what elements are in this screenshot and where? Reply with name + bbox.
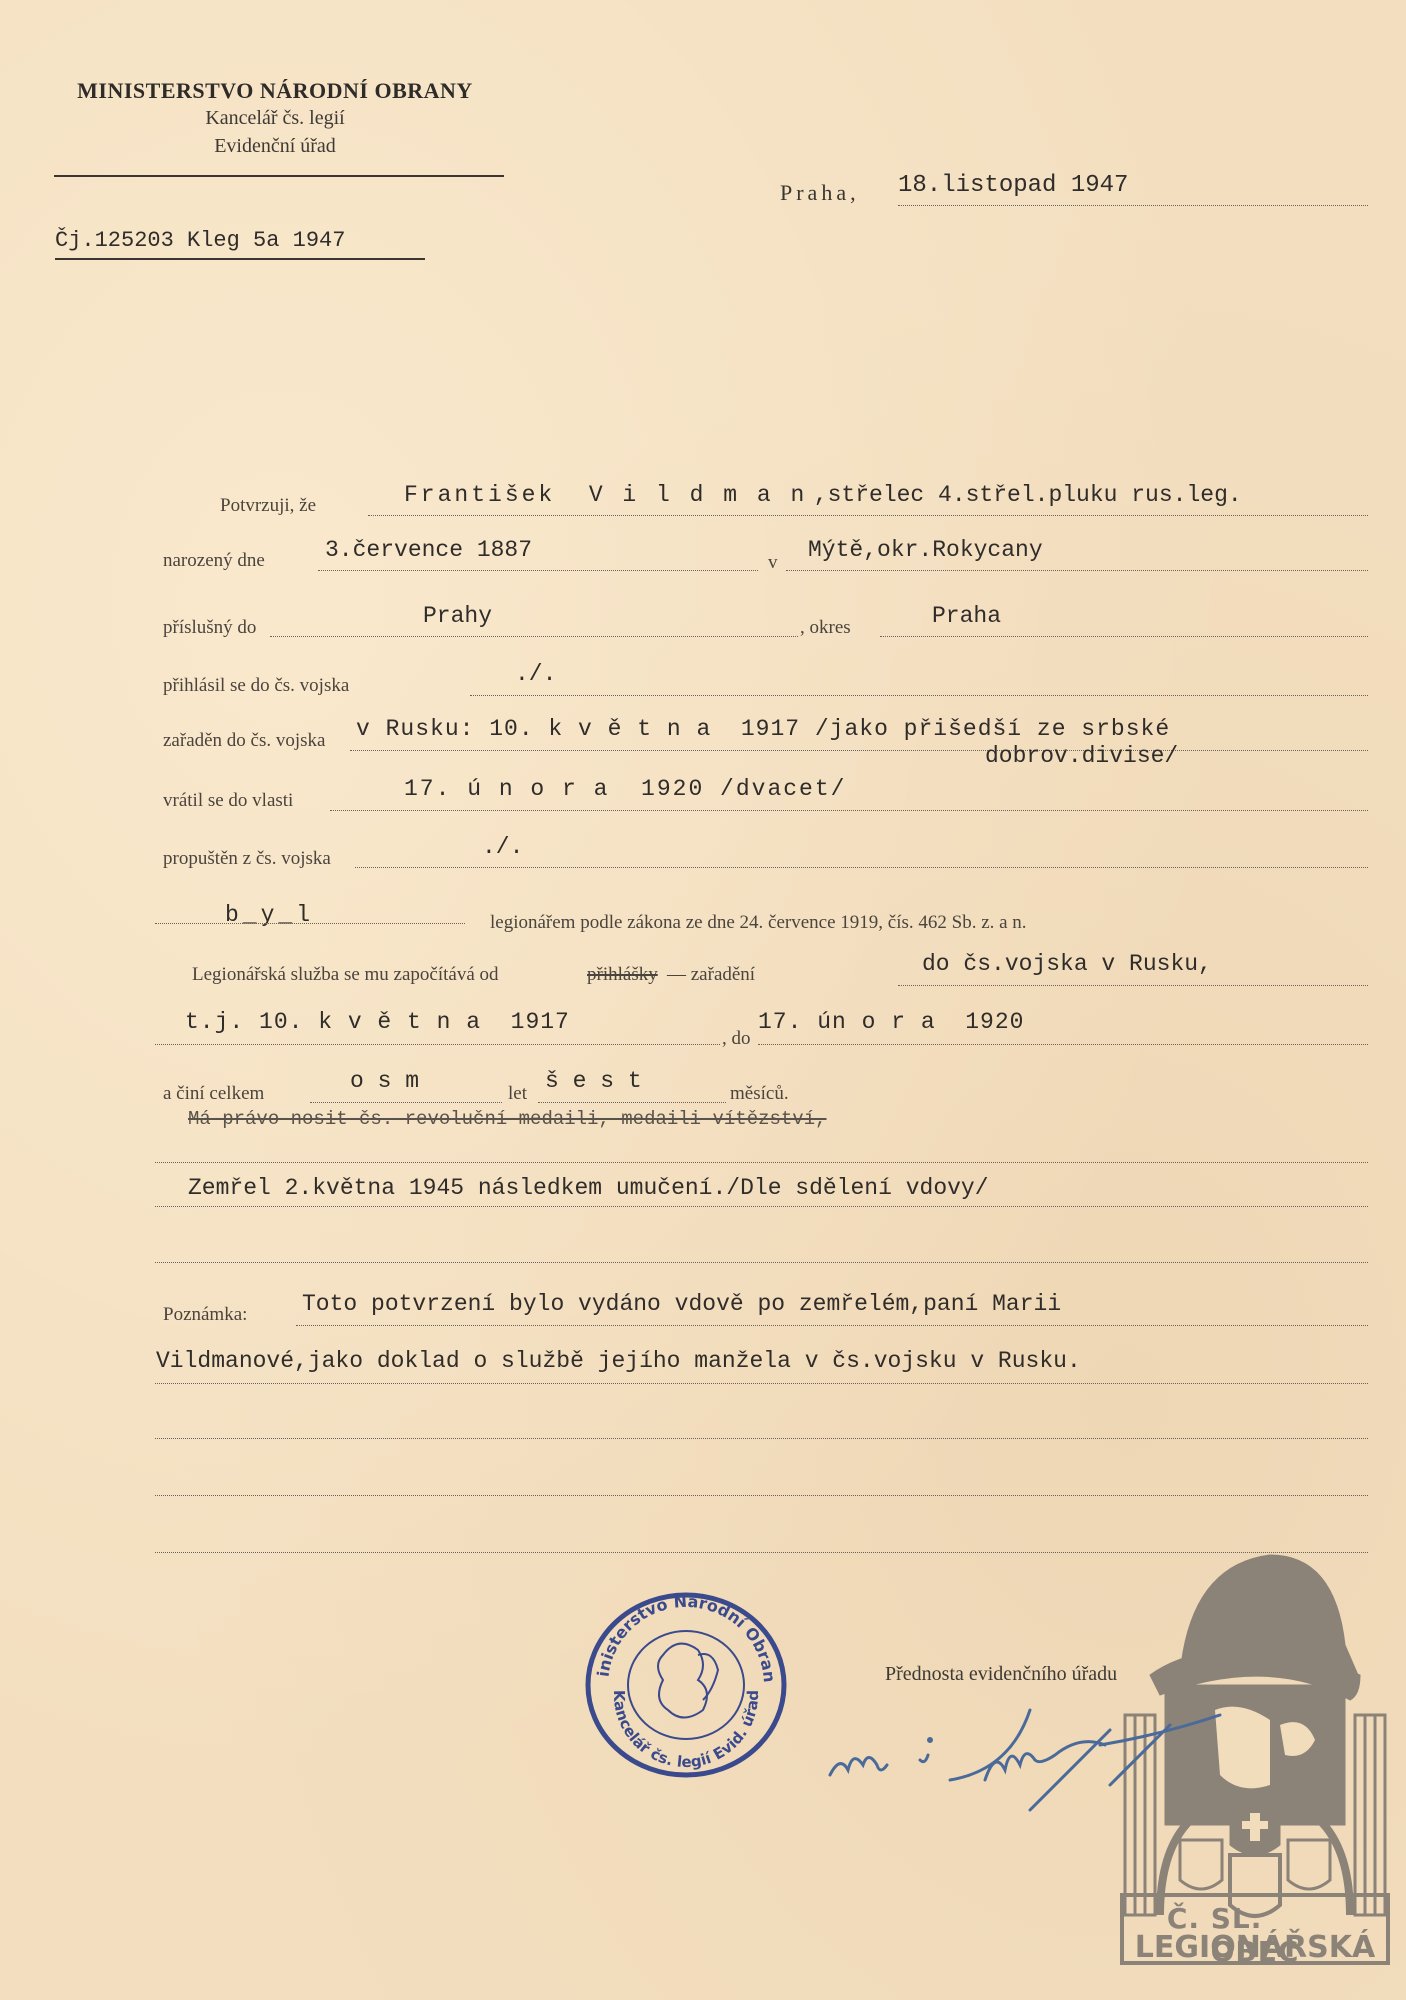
dotted-line: [786, 570, 1368, 571]
domicile-label: příslušný do: [163, 617, 256, 639]
birth-date: 3.července 1887: [325, 537, 532, 563]
department-name: Evidenční úřad: [40, 132, 510, 160]
dotted-line: [758, 1044, 1368, 1045]
place-label: Praha,: [780, 180, 860, 206]
dotted-line: [155, 1495, 1368, 1496]
dotted-line: [270, 636, 798, 637]
domicile-value: Prahy: [423, 603, 492, 629]
issue-date: 18.listopad 1947: [898, 172, 1128, 199]
dotted-line: [330, 810, 1368, 811]
dotted-line: [155, 1162, 1368, 1163]
dotted-line: [538, 1102, 726, 1103]
logo-text-legionarska: LEGIONÁŘSKÁ: [1120, 1930, 1390, 1965]
signatory-title: Přednosta evidenčního úřadu: [885, 1663, 1117, 1686]
discharged-value: ./.: [482, 834, 523, 860]
total-label: a činí celkem: [163, 1083, 264, 1105]
enlisted-value: ./.: [515, 661, 556, 687]
header-divider: [54, 175, 504, 177]
birthplace: Mýtě,okr.Rokycany: [808, 537, 1043, 563]
returned-value: 17. ú n o r a 1920 /dvacet/: [404, 776, 846, 802]
discharged-label: propuštěn z čs. vojska: [163, 848, 331, 870]
date-dotted-line: [898, 205, 1368, 206]
dotted-line: [310, 1102, 502, 1103]
months-label: měsíců.: [730, 1083, 789, 1105]
confirm-label: Potvrzuji, že: [220, 495, 316, 517]
dotted-line: [155, 1262, 1368, 1263]
dotted-line: [880, 636, 1368, 637]
death-note: Zemřel 2.května 1945 následkem umučení./…: [188, 1175, 989, 1201]
dotted-line: [470, 695, 1368, 696]
service-to: 17. ún o r a 1920: [758, 1009, 1024, 1035]
rank-unit: ,střelec 4.střel.pluku rus.leg.: [800, 482, 1242, 508]
dotted-line: [155, 1206, 1368, 1207]
district-value: Praha: [932, 603, 1001, 629]
service-from: t.j. 10. k v ě t n a 1917: [185, 1009, 570, 1035]
note-line-2: Vildmanové,jako doklad o službě jejího m…: [156, 1348, 1081, 1374]
assigned-value: v Rusku: 10. k v ě t n a 1917 /jako přiš…: [356, 716, 1170, 742]
legionnaire-name: František V i l d m a n: [404, 482, 807, 508]
dotted-line: [355, 867, 1368, 868]
reference-number: Čj.125203 Kleg 5a 1947: [55, 228, 345, 253]
service-value: do čs.vojska v Rusku,: [922, 951, 1212, 977]
birthplace-label: v: [768, 552, 778, 574]
dotted-line: [318, 570, 758, 571]
dotted-line: [350, 750, 1368, 751]
assigned-label: zařaděn do čs. vojska: [163, 730, 326, 752]
reference-underline: [55, 258, 425, 260]
official-stamp: Ministerstvo Národní Obrany Kancelář čs.…: [578, 1585, 793, 1780]
assigned-value-continued: dobrov.divise/: [985, 743, 1178, 769]
born-label: narozený dne: [163, 550, 265, 572]
handwritten-signature: [810, 1690, 1290, 1825]
note-label: Poznámka:: [163, 1304, 247, 1326]
district-label: , okres: [800, 617, 851, 639]
dotted-line: [155, 1383, 1368, 1384]
returned-label: vrátil se do vlasti: [163, 790, 293, 812]
enlisted-label: přihlásil se do čs. vojska: [163, 675, 349, 697]
medal-entitlement-struck: Má-právo-nosit-čs.-revoluční-medaili, me…: [188, 1108, 827, 1130]
dotted-line: [155, 1044, 720, 1045]
law-text: legionářem podle zákona ze dne 24. červe…: [490, 912, 1027, 934]
service-text: Legionářská služba se mu započítává od: [192, 964, 499, 986]
signature-scrawl-icon: [810, 1690, 1290, 1820]
svg-text:Ministerstvo Národní Obrany: Ministerstvo Národní Obrany: [578, 1585, 779, 1683]
ministry-name: MINISTERSTVO NÁRODNÍ OBRANY: [40, 78, 510, 104]
total-months: š e s t: [545, 1068, 642, 1094]
dotted-line: [368, 515, 1368, 516]
dotted-line: [296, 1325, 1368, 1326]
service-struck-option: přihlášky: [587, 964, 658, 986]
dotted-line: [155, 923, 465, 924]
total-years: o s m: [350, 1068, 419, 1094]
note-line-1: Toto potvrzení bylo vydáno vdově po zemř…: [302, 1291, 1061, 1317]
stamp-seal-icon: Ministerstvo Národní Obrany Kancelář čs.…: [578, 1585, 793, 1780]
office-name: Kancelář čs. legií: [40, 104, 510, 132]
dotted-line: [898, 985, 1368, 986]
years-label: let: [508, 1083, 527, 1105]
letterhead: MINISTERSTVO NÁRODNÍ OBRANY Kancelář čs.…: [40, 78, 510, 160]
dotted-line: [155, 1438, 1368, 1439]
service-to-label: , do: [722, 1028, 751, 1050]
service-dash: — zařadění: [667, 964, 755, 986]
was-value: b_y_l: [225, 902, 314, 928]
